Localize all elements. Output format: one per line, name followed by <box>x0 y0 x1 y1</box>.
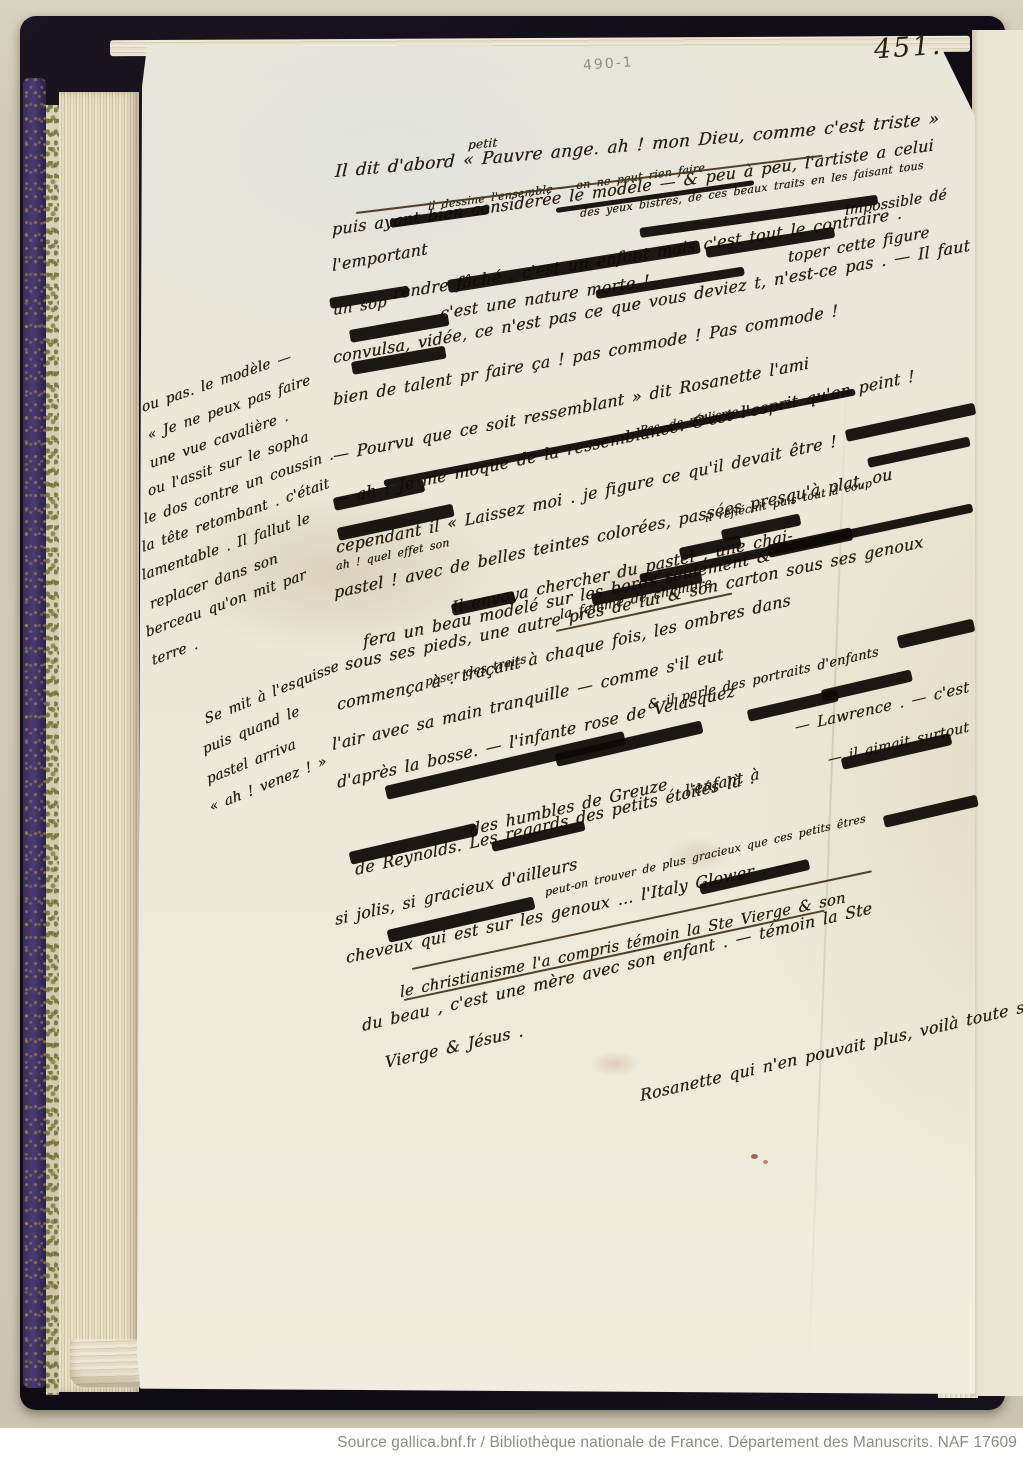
facing-page-edge <box>972 30 1023 1396</box>
manuscript-line: petit <box>468 135 498 152</box>
ink-spot <box>751 1154 758 1159</box>
folio-number: 451. <box>873 30 943 66</box>
book-spine-edge <box>23 78 46 1388</box>
marbled-endpaper <box>46 105 59 1395</box>
manuscript-scan: 451. 490-1 Il dit d'abord « Pauvre ange.… <box>0 0 1023 1457</box>
source-footer-bar: Source gallica.bnf.fr / Bibliothèque nat… <box>0 1428 1023 1457</box>
ink-spot <box>763 1160 768 1164</box>
page-crease <box>808 366 848 1365</box>
page-edges-left <box>59 92 139 1392</box>
source-attribution-text: Source gallica.bnf.fr / Bibliothèque nat… <box>337 1434 1017 1452</box>
